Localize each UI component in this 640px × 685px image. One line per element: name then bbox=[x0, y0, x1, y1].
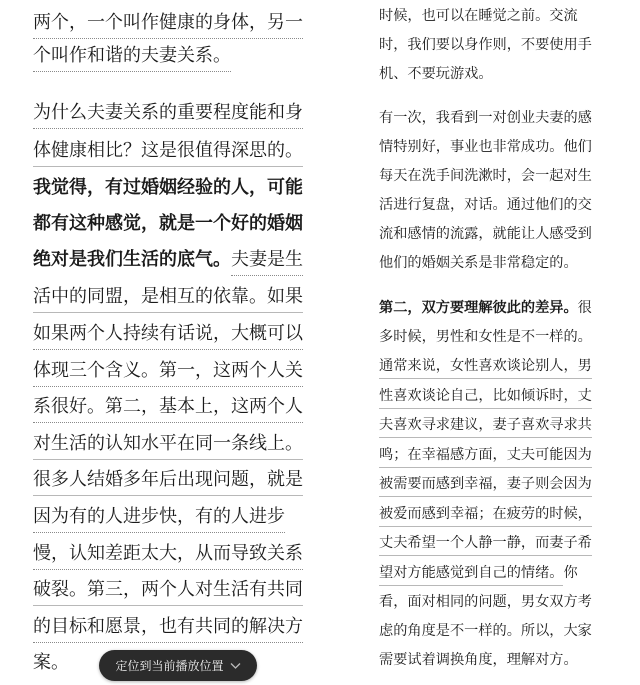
text-line: 如果两个人持续有话说，大概可以 bbox=[33, 319, 303, 349]
line-text: 流和感情的流露，就能让人感受到 bbox=[379, 222, 592, 246]
line-text: 的目标和愿景，也有共同的解决方 bbox=[33, 612, 303, 643]
text-line: 第二，双方要理解彼此的差异。很 bbox=[379, 296, 592, 320]
line-text: 如果两个人持续有话说，大概可以 bbox=[33, 319, 303, 350]
line-text: 虑的角度是不一样的。所以，大家 bbox=[379, 619, 592, 643]
line-text: 系很好。第二，基本上，这两个人 bbox=[33, 392, 303, 423]
line-text: 性喜欢谈论自己，比如倾诉时，丈 bbox=[379, 384, 592, 409]
line-text: 体现三个含义。第一，这两个人关 bbox=[33, 356, 303, 387]
line-text: 看，面对相同的问题，男女双方考 bbox=[379, 590, 592, 614]
line-text: 多时候，男性和女性是不一样的。 bbox=[379, 325, 592, 349]
line-text: 都有这种感觉，就是一个好的婚姻 bbox=[33, 209, 303, 239]
text-line: 慢，认知差距太大，从而导致关系 bbox=[33, 539, 303, 569]
text-line: 破裂。第三，两个人对生活有共同 bbox=[33, 575, 303, 605]
locate-current-position-button[interactable]: 定位到当前播放位置 bbox=[99, 650, 257, 681]
text-line: 鸣；在幸福感方面，丈夫可能因为 bbox=[379, 443, 592, 467]
line-text: 对生活的认知水平在同一条线上。 bbox=[33, 429, 303, 460]
line-text: 每天在洗手间洗漱时，会一起对生 bbox=[379, 164, 592, 188]
line-text: 被需要而感到幸福，妻子则会因为 bbox=[379, 472, 592, 497]
line-text: 体健康相比？这是很值得深思的。 bbox=[33, 136, 303, 167]
line-text: 需要试着调换角度，理解对方。 bbox=[379, 648, 578, 672]
text-line: 体现三个含义。第一，这两个人关 bbox=[33, 356, 303, 386]
text-line: 为什么夫妻关系的重要程度能和身 bbox=[33, 98, 303, 128]
chevron-down-icon bbox=[230, 662, 241, 670]
text-line: 个叫作和谐的夫妻关系。 bbox=[33, 41, 231, 71]
text-line: 看，面对相同的问题，男女双方考 bbox=[379, 590, 592, 614]
text-line: 他们的婚姻关系是非常稳定的。 bbox=[379, 251, 578, 275]
text-line: 绝对是我们生活的底气。夫妻是生 bbox=[33, 245, 303, 275]
text-line: 多时候，男性和女性是不一样的。 bbox=[379, 325, 592, 349]
line-text: 时，我们要以身作则，不要使用手 bbox=[379, 33, 592, 57]
line-text: 通常来说，女性喜欢谈论别人，男 bbox=[379, 354, 592, 379]
line-text: 很 bbox=[578, 296, 592, 320]
line-text: 机、不要玩游戏。 bbox=[379, 62, 493, 86]
text-line: 丈夫希望一个人静一静，而妻子希 bbox=[379, 531, 592, 555]
text-line: 流和感情的流露，就能让人感受到 bbox=[379, 222, 592, 246]
text-line: 都有这种感觉，就是一个好的婚姻 bbox=[33, 209, 303, 239]
line-text: 时候，也可以在睡觉之前。交流 bbox=[379, 4, 578, 28]
text-line: 被需要而感到幸福，妻子则会因为 bbox=[379, 472, 592, 496]
line-text: 慢，认知差距太大，从而导致关系 bbox=[33, 539, 303, 570]
line-text: 鸣；在幸福感方面，丈夫可能因为 bbox=[379, 443, 592, 468]
line-text: 案。 bbox=[33, 648, 69, 678]
text-line: 通常来说，女性喜欢谈论别人，男 bbox=[379, 354, 592, 378]
line-text: 绝对是我们生活的底气。 bbox=[33, 245, 231, 275]
text-line: 时候，也可以在睡觉之前。交流 bbox=[379, 4, 578, 28]
line-text: 个叫作和谐的夫妻关系。 bbox=[33, 41, 231, 72]
text-line: 望对方能感觉到自己的情绪。你 bbox=[379, 561, 578, 585]
text-line: 虑的角度是不一样的。所以，大家 bbox=[379, 619, 592, 643]
line-text: 他们的婚姻关系是非常稳定的。 bbox=[379, 251, 578, 275]
line-text: 你 bbox=[563, 561, 577, 585]
line-text: 活中的同盟，是相互的依靠。如果 bbox=[33, 282, 303, 313]
text-line: 夫喜欢寻求建议，妻子喜欢寻求共 bbox=[379, 413, 592, 437]
text-line: 被爱而感到幸福；在疲劳的时候， bbox=[379, 502, 592, 526]
line-text: 丈夫希望一个人静一静，而妻子希 bbox=[379, 531, 592, 556]
line-text: 为什么夫妻关系的重要程度能和身 bbox=[33, 98, 303, 129]
line-text: 很多人结婚多年后出现问题，就是 bbox=[33, 465, 303, 496]
bold-heading-text: 第二，双方要理解彼此的差异。 bbox=[379, 296, 578, 320]
text-line: 的目标和愿景，也有共同的解决方 bbox=[33, 612, 303, 642]
line-text: 夫喜欢寻求建议，妻子喜欢寻求共 bbox=[379, 413, 592, 438]
text-line: 机、不要玩游戏。 bbox=[379, 62, 493, 86]
text-line: 活中的同盟，是相互的依靠。如果 bbox=[33, 282, 303, 312]
line-text: 破裂。第三，两个人对生活有共同 bbox=[33, 575, 303, 606]
text-line: 系很好。第二，基本上，这两个人 bbox=[33, 392, 303, 422]
text-line: 需要试着调换角度，理解对方。 bbox=[379, 648, 578, 672]
line-text: 因为有的人进步快，有的人进步 bbox=[33, 502, 285, 533]
line-text: 两个，一个叫作健康的身体，另一 bbox=[33, 8, 303, 39]
text-line: 时，我们要以身作则，不要使用手 bbox=[379, 33, 592, 57]
underlined-note-text: 望对方能感觉到自己的情绪。 bbox=[379, 561, 563, 586]
text-line: 活进行复盘，对话。通过他们的交 bbox=[379, 193, 592, 217]
line-text: 我觉得，有过婚姻经验的人，可能 bbox=[33, 173, 303, 203]
text-line: 很多人结婚多年后出现问题，就是 bbox=[33, 465, 303, 495]
text-line: 因为有的人进步快，有的人进步 bbox=[33, 502, 285, 532]
locate-button-label: 定位到当前播放位置 bbox=[115, 657, 223, 674]
text-line: 每天在洗手间洗漱时，会一起对生 bbox=[379, 164, 592, 188]
text-line: 体健康相比？这是很值得深思的。 bbox=[33, 136, 303, 166]
text-line: 我觉得，有过婚姻经验的人，可能 bbox=[33, 173, 303, 203]
text-line: 对生活的认知水平在同一条线上。 bbox=[33, 429, 303, 459]
text-line: 案。 bbox=[33, 648, 69, 678]
line-text: 被爱而感到幸福；在疲劳的时候， bbox=[379, 502, 592, 527]
underlined-note-text: 夫妻是生 bbox=[231, 245, 303, 276]
text-line: 情特别好，事业也非常成功。他们 bbox=[379, 135, 592, 159]
text-line: 有一次，我看到一对创业夫妻的感 bbox=[379, 106, 592, 130]
line-text: 有一次，我看到一对创业夫妻的感 bbox=[379, 106, 592, 130]
text-line: 两个，一个叫作健康的身体，另一 bbox=[33, 8, 303, 38]
line-text: 活进行复盘，对话。通过他们的交 bbox=[379, 193, 592, 217]
line-text: 情特别好，事业也非常成功。他们 bbox=[379, 135, 592, 159]
text-line: 性喜欢谈论自己，比如倾诉时，丈 bbox=[379, 384, 592, 408]
